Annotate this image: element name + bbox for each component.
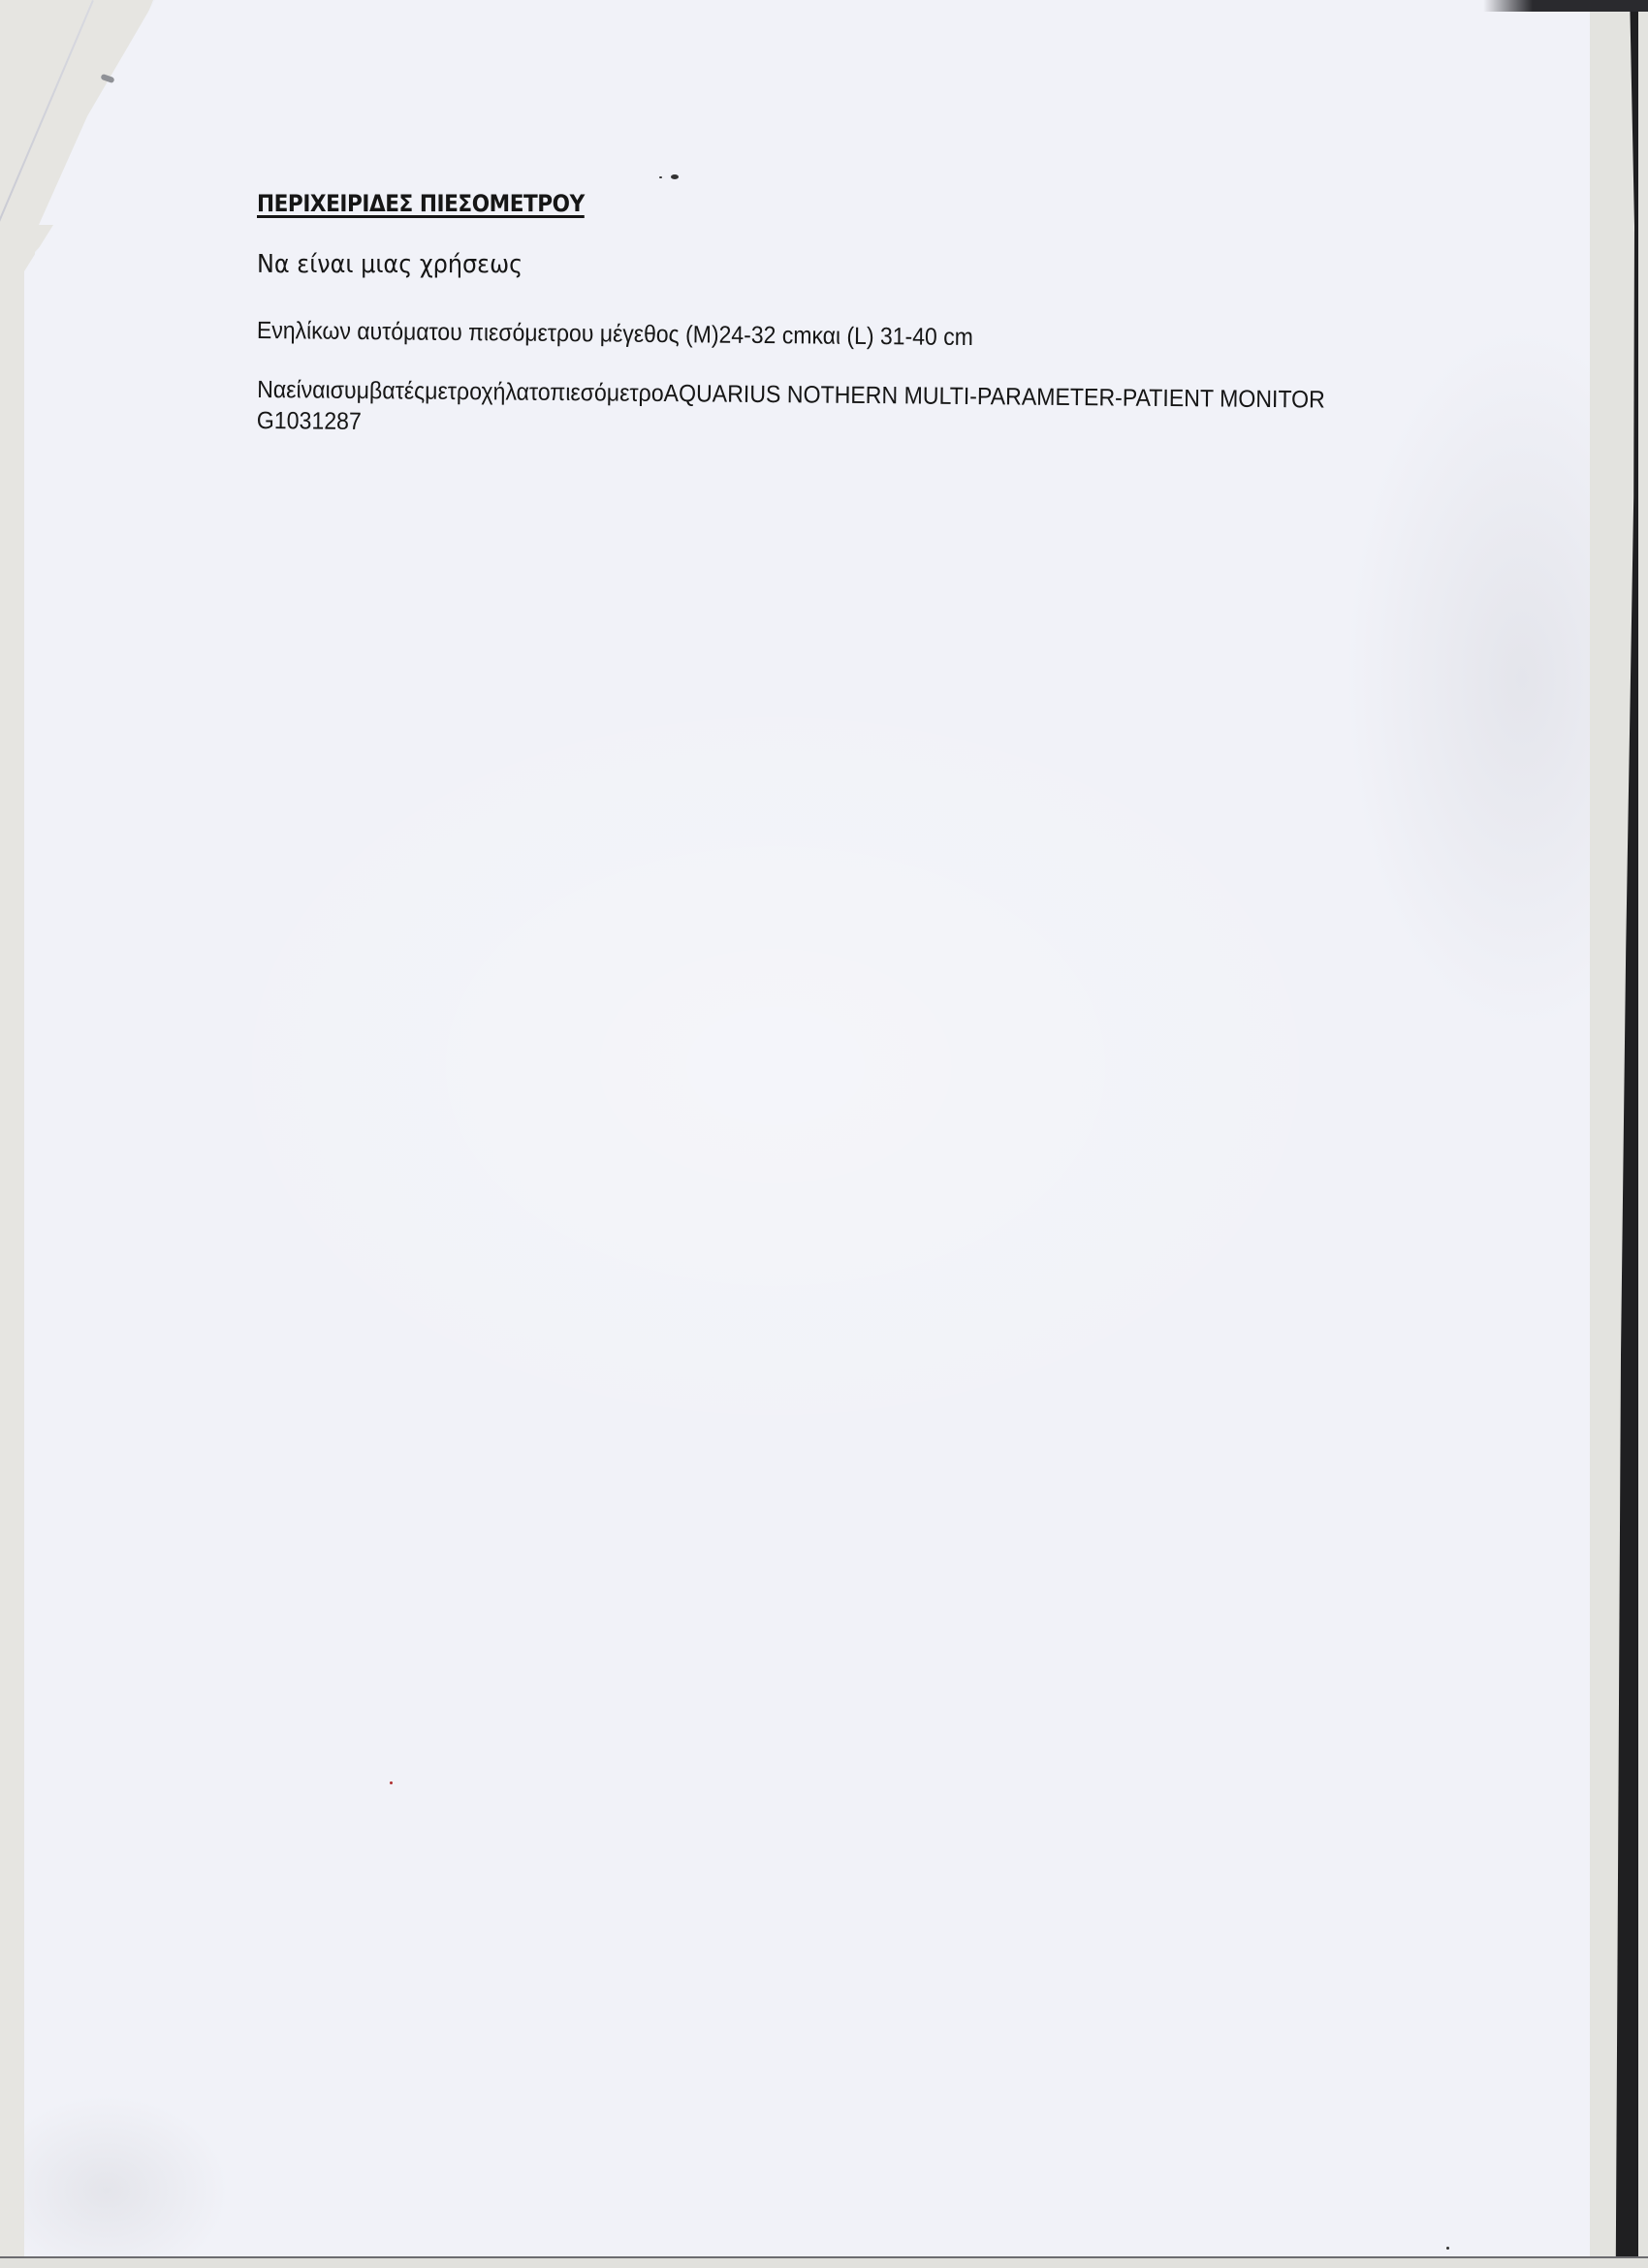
scanner-top-shadow	[1483, 0, 1648, 12]
page-bottom-edge	[0, 2256, 1648, 2268]
requirement-compatibility: ΝαείναισυμβατέςμετροχήλατοπιεσόμετροAQUA…	[257, 374, 1406, 447]
speck-mark	[659, 176, 662, 178]
requirement-single-use: Να είναι μιας χρήσεως	[257, 250, 523, 279]
speck-mark	[390, 1781, 393, 1784]
document-heading: ΠΕΡΙΧΕΙΡΙΔΕΣ ΠΙΕΣΟΜΕΤΡΟΥ	[257, 190, 585, 217]
speck-mark	[1446, 2247, 1449, 2250]
speck-mark	[671, 174, 679, 179]
